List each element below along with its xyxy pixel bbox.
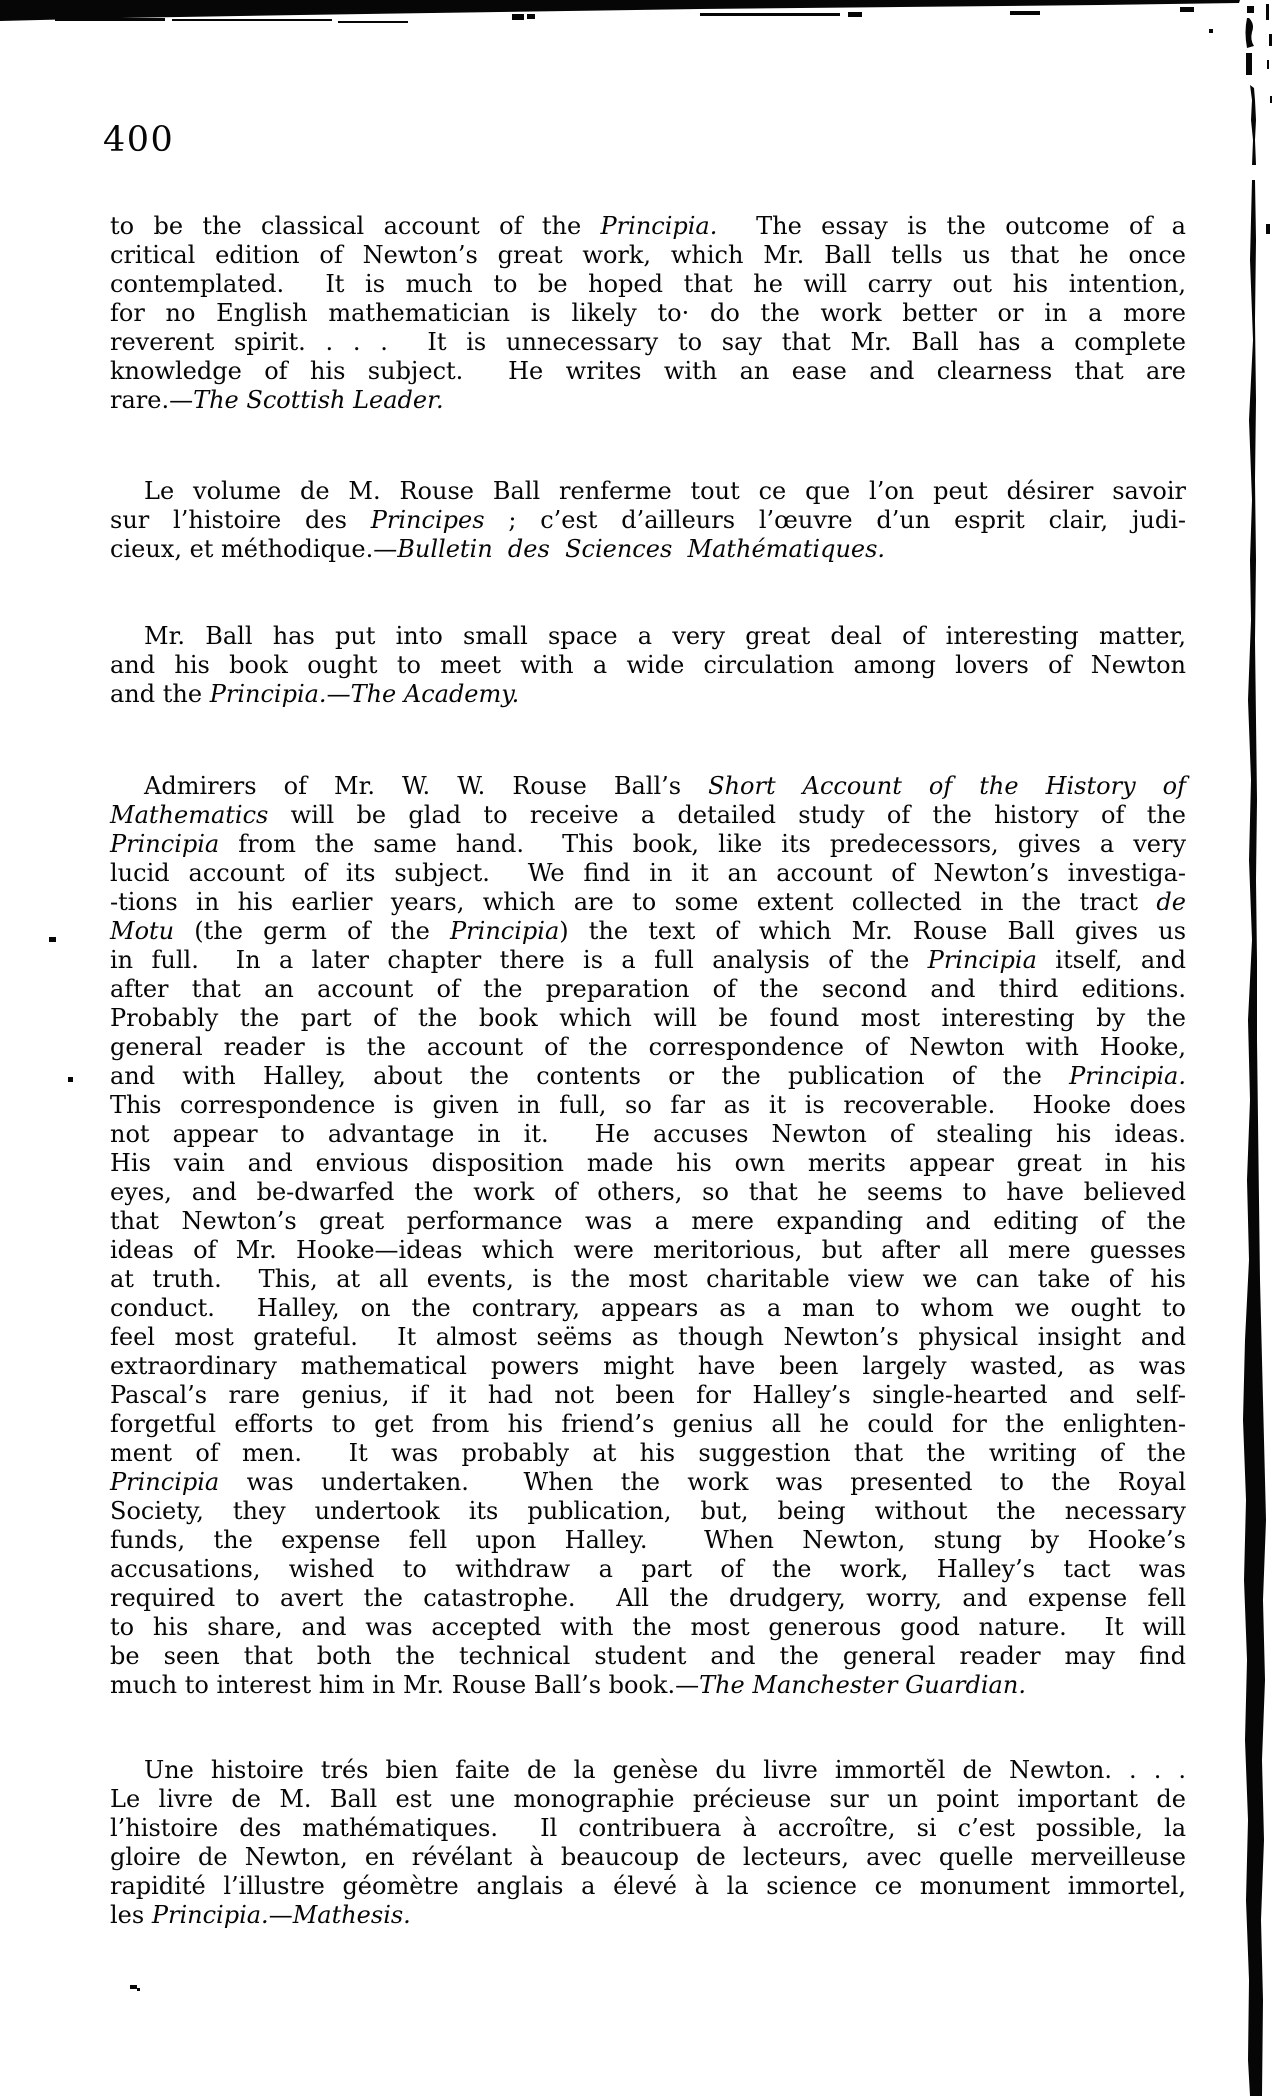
text-segment: Le volume de M. Rouse Ball renferme tout… bbox=[144, 477, 1186, 505]
text-segment: accusations, wished to withdraw a part o… bbox=[110, 1555, 1186, 1583]
italic-text-segment: Principia. bbox=[210, 680, 327, 708]
text-line: Le livre de M. Ball est une monographie … bbox=[110, 1785, 1186, 1814]
text-segment: (the germ of the bbox=[174, 917, 450, 945]
text-segment: that Newton’s great performance was a me… bbox=[110, 1207, 1186, 1235]
italic-text-segment: Motu bbox=[110, 917, 174, 945]
text-column: to be the classical account of the Princ… bbox=[110, 212, 1186, 1930]
text-segment: not appear to advantage in it. He accuse… bbox=[110, 1120, 1186, 1148]
text-line: rapidité l’illustre géomètre anglais a é… bbox=[110, 1872, 1186, 1901]
text-segment: ) the text of which Mr. Rouse Ball gives… bbox=[559, 917, 1186, 945]
text-line: funds, the expense fell upon Halley. Whe… bbox=[110, 1526, 1186, 1555]
text-segment: ment of men. It was probably at his sugg… bbox=[110, 1439, 1186, 1467]
text-segment: Probably the part of the book which will… bbox=[110, 1004, 1186, 1032]
italic-text-segment: de bbox=[1156, 888, 1186, 916]
text-segment: in full. In a later chapter there is a f… bbox=[110, 946, 928, 974]
text-line: Une histoire trés bien faite de la genès… bbox=[110, 1756, 1186, 1785]
text-segment: much to interest him in Mr. Rouse Ball’s… bbox=[110, 1671, 699, 1699]
text-line: accusations, wished to withdraw a part o… bbox=[110, 1555, 1186, 1584]
text-line: extraordinary mathematical powers might … bbox=[110, 1352, 1186, 1381]
text-segment: Le livre de M. Ball est une monographie … bbox=[110, 1785, 1186, 1813]
text-line: ideas of Mr. Hooke—ideas which were meri… bbox=[110, 1236, 1186, 1265]
text-line: ment of men. It was probably at his sugg… bbox=[110, 1439, 1186, 1468]
text-line: reverent spirit. . . . It is unnecessary… bbox=[110, 328, 1186, 357]
text-line: Mr. Ball has put into small space a very… bbox=[110, 622, 1186, 651]
text-line: and his book ought to meet with a wide c… bbox=[110, 651, 1186, 680]
text-line: Le volume de M. Rouse Ball renferme tout… bbox=[110, 477, 1186, 506]
text-segment: — bbox=[269, 1901, 293, 1929]
text-segment: His vain and envious disposition made hi… bbox=[110, 1149, 1186, 1177]
text-segment: knowledge of his subject. He writes with… bbox=[110, 357, 1186, 385]
text-line: This correspondence is given in full, so… bbox=[110, 1091, 1186, 1120]
italic-text-segment: Mathesis. bbox=[293, 1901, 411, 1929]
text-line: for no English mathematician is likely t… bbox=[110, 299, 1186, 328]
text-line: and with Halley, about the contents or t… bbox=[110, 1062, 1186, 1091]
text-segment: rapidité l’illustre géomètre anglais a é… bbox=[110, 1872, 1186, 1900]
paragraph-review-mathesis: Une histoire trés bien faite de la genès… bbox=[110, 1756, 1186, 1930]
text-line: be seen that both the technical student … bbox=[110, 1642, 1186, 1671]
text-segment: at truth. This, at all events, is the mo… bbox=[110, 1265, 1186, 1293]
text-segment: gloire de Newton, en révélant à beaucoup… bbox=[110, 1843, 1186, 1871]
text-line: Mathematics will be glad to receive a de… bbox=[110, 801, 1186, 830]
text-segment: eyes, and be-dwarfed the work of others,… bbox=[110, 1178, 1186, 1206]
text-line: Probably the part of the book which will… bbox=[110, 1004, 1186, 1033]
italic-text-segment: Principia bbox=[110, 830, 219, 858]
italic-text-segment: The Scottish Leader. bbox=[193, 386, 443, 414]
text-segment: after that an account of the preparation… bbox=[110, 975, 1186, 1003]
italic-text-segment: The Manchester Guardian. bbox=[699, 1671, 1026, 1699]
text-segment: sur l’histoire des bbox=[110, 506, 371, 534]
text-segment: ; c’est d’ailleurs l’œuvre d’un esprit c… bbox=[485, 506, 1186, 534]
text-segment: Society, they undertook its publication,… bbox=[110, 1497, 1186, 1525]
text-segment: and his book ought to meet with a wide c… bbox=[110, 651, 1186, 679]
text-segment: rare.— bbox=[110, 386, 193, 414]
text-line: -tions in his earlier years, which are t… bbox=[110, 888, 1186, 917]
scan-edge-top bbox=[0, 0, 1240, 23]
text-segment: will be glad to receive a detailed study… bbox=[268, 801, 1186, 829]
text-segment: Admirers of Mr. W. W. Rouse Ball’s bbox=[144, 772, 708, 800]
text-line: not appear to advantage in it. He accuse… bbox=[110, 1120, 1186, 1149]
text-segment: — bbox=[327, 680, 351, 708]
text-segment: to be the classical account of the bbox=[110, 212, 601, 240]
italic-text-segment: Mathematics bbox=[110, 801, 268, 829]
italic-text-segment: Bulletin des Sciences Mathématiques. bbox=[397, 535, 885, 563]
text-segment: The essay is the outcome of a bbox=[717, 212, 1186, 240]
text-line: cieux, et méthodique.—Bulletin des Scien… bbox=[110, 535, 1186, 564]
text-line: lucid account of its subject. We find in… bbox=[110, 859, 1186, 888]
text-line: Society, they undertook its publication,… bbox=[110, 1497, 1186, 1526]
text-line: gloire de Newton, en révélant à beaucoup… bbox=[110, 1843, 1186, 1872]
italic-text-segment: Principes bbox=[371, 506, 485, 534]
text-segment: be seen that both the technical student … bbox=[110, 1642, 1186, 1670]
text-segment: from the same hand. This book, like its … bbox=[219, 830, 1186, 858]
text-line: required to avert the catastrophe. All t… bbox=[110, 1584, 1186, 1613]
italic-text-segment: Principia. bbox=[601, 212, 718, 240]
text-line: feel most grateful. It almost seëms as t… bbox=[110, 1323, 1186, 1352]
italic-text-segment: Principia. bbox=[152, 1901, 269, 1929]
text-line: critical edition of Newton’s great work,… bbox=[110, 241, 1186, 270]
text-segment: l’histoire des mathématiques. Il contrib… bbox=[110, 1814, 1186, 1842]
text-segment: critical edition of Newton’s great work,… bbox=[110, 241, 1186, 269]
text-line: that Newton’s great performance was a me… bbox=[110, 1207, 1186, 1236]
text-line: Admirers of Mr. W. W. Rouse Ball’s Short… bbox=[110, 772, 1186, 801]
text-segment: conduct. Halley, on the contrary, appear… bbox=[110, 1294, 1186, 1322]
text-line: eyes, and be-dwarfed the work of others,… bbox=[110, 1178, 1186, 1207]
text-segment: to his share, and was accepted with the … bbox=[110, 1613, 1186, 1641]
text-segment: feel most grateful. It almost seëms as t… bbox=[110, 1323, 1186, 1351]
text-segment: general reader is the account of the cor… bbox=[110, 1033, 1186, 1061]
text-line: Principia from the same hand. This book,… bbox=[110, 830, 1186, 859]
text-line: His vain and envious disposition made hi… bbox=[110, 1149, 1186, 1178]
text-segment: -tions in his earlier years, which are t… bbox=[110, 888, 1156, 916]
text-line: sur l’histoire des Principes ; c’est d’a… bbox=[110, 506, 1186, 535]
text-segment: and with Halley, about the contents or t… bbox=[110, 1062, 1069, 1090]
text-segment: Pascal’s rare genius, if it had not been… bbox=[110, 1381, 1186, 1409]
text-line: much to interest him in Mr. Rouse Ball’s… bbox=[110, 1671, 1186, 1700]
paragraph-review-manchester-guardian: Admirers of Mr. W. W. Rouse Ball’s Short… bbox=[110, 772, 1186, 1700]
text-segment: was undertaken. When the work was presen… bbox=[219, 1468, 1186, 1496]
text-line: forgetful efforts to get from his friend… bbox=[110, 1410, 1186, 1439]
text-segment: extraordinary mathematical powers might … bbox=[110, 1352, 1186, 1380]
text-line: conduct. Halley, on the contrary, appear… bbox=[110, 1294, 1186, 1323]
text-segment: forgetful efforts to get from his friend… bbox=[110, 1410, 1186, 1438]
text-line: contemplated. It is much to be hoped tha… bbox=[110, 270, 1186, 299]
italic-text-segment: Principia bbox=[450, 917, 559, 945]
text-segment: les bbox=[110, 1901, 152, 1929]
text-segment: required to avert the catastrophe. All t… bbox=[110, 1584, 1186, 1612]
scan-edge-right bbox=[1209, 4, 1272, 2096]
text-segment: itself, and bbox=[1037, 946, 1186, 974]
italic-text-segment: Principia. bbox=[1069, 1062, 1186, 1090]
text-segment: for no English mathematician is likely t… bbox=[110, 299, 1186, 327]
text-segment: Mr. Ball has put into small space a very… bbox=[144, 622, 1186, 650]
paragraph-review-bulletin-des-sciences: Le volume de M. Rouse Ball renferme tout… bbox=[110, 477, 1186, 564]
italic-text-segment: The Academy. bbox=[351, 680, 520, 708]
text-segment: This correspondence is given in full, so… bbox=[110, 1091, 1186, 1119]
italic-text-segment: Short Account of the History of bbox=[708, 772, 1186, 800]
text-line: rare.—The Scottish Leader. bbox=[110, 386, 1186, 415]
italic-text-segment: Principia bbox=[928, 946, 1037, 974]
text-line: Principia was undertaken. When the work … bbox=[110, 1468, 1186, 1497]
text-line: in full. In a later chapter there is a f… bbox=[110, 946, 1186, 975]
text-line: general reader is the account of the cor… bbox=[110, 1033, 1186, 1062]
text-line: and the Principia.—The Academy. bbox=[110, 680, 1186, 709]
text-line: knowledge of his subject. He writes with… bbox=[110, 357, 1186, 386]
text-line: Motu (the germ of the Principia) the tex… bbox=[110, 917, 1186, 946]
text-segment: lucid account of its subject. We find in… bbox=[110, 859, 1186, 887]
text-segment: funds, the expense fell upon Halley. Whe… bbox=[110, 1526, 1186, 1554]
text-segment: and the bbox=[110, 680, 210, 708]
text-line: l’histoire des mathématiques. Il contrib… bbox=[110, 1814, 1186, 1843]
text-line: Pascal’s rare genius, if it had not been… bbox=[110, 1381, 1186, 1410]
text-line: after that an account of the preparation… bbox=[110, 975, 1186, 1004]
italic-text-segment: Principia bbox=[110, 1468, 219, 1496]
text-segment: cieux, et méthodique.— bbox=[110, 535, 397, 563]
text-segment: reverent spirit. . . . It is unnecessary… bbox=[110, 328, 1186, 356]
paragraph-review-scottish-leader: to be the classical account of the Princ… bbox=[110, 212, 1186, 415]
text-line: to be the classical account of the Princ… bbox=[110, 212, 1186, 241]
text-segment: ideas of Mr. Hooke—ideas which were meri… bbox=[110, 1236, 1186, 1264]
text-line: to his share, and was accepted with the … bbox=[110, 1613, 1186, 1642]
paragraph-review-the-academy: Mr. Ball has put into small space a very… bbox=[110, 622, 1186, 709]
text-segment: Une histoire trés bien faite de la genès… bbox=[144, 1756, 1186, 1784]
text-line: at truth. This, at all events, is the mo… bbox=[110, 1265, 1186, 1294]
text-line: les Principia.—Mathesis. bbox=[110, 1901, 1186, 1930]
page-number: 400 bbox=[103, 120, 174, 160]
text-segment: contemplated. It is much to be hoped tha… bbox=[110, 270, 1186, 298]
